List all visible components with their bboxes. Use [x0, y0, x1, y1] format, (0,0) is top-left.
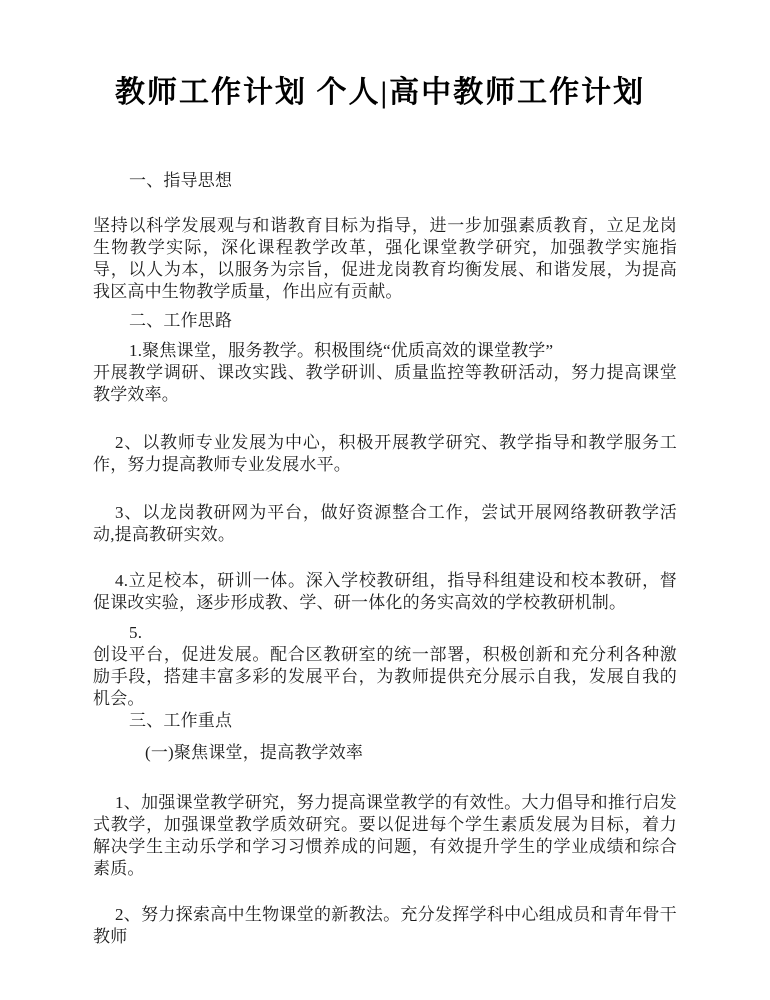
para-approach-item-1: 1.聚焦课堂，服务教学。积极围绕“优质高效的课堂教学” 开展教学调研、课改实践、…	[93, 340, 677, 406]
para-guiding-ideology: 坚持以科学发展观与和谐教育目标为指导，进一步加强素质教育，立足龙岗生物教学实际，…	[93, 215, 677, 303]
para-approach-item-2: 2、以教师专业发展为中心，积极开展教学研究、教学指导和教学服务工作，努力提高教师…	[93, 432, 677, 476]
document-page: 教师工作计划 个人|高中教师工作计划 一、指导思想 坚持以科学发展观与和谐教育目…	[0, 72, 770, 948]
heading-work-approach: 二、工作思路	[93, 310, 677, 332]
heading-guiding-ideology: 一、指导思想	[93, 170, 677, 192]
para-approach-item-4: 4.立足校本，研训一体。深入学校教研组，指导科组建设和校本教研，督促课改实验，逐…	[93, 570, 677, 614]
document-title: 教师工作计划 个人|高中教师工作计划	[115, 72, 677, 114]
para-priority-2: 2、努力探索高中生物课堂的新教法。充分发挥学科中心组成员和青年骨干教师	[93, 904, 677, 948]
heading-work-priorities: 三、工作重点	[93, 710, 677, 732]
subheading-focus-classroom: (一)聚焦课堂，提高教学效率	[93, 742, 677, 764]
para-approach-item-5: 5. 创设平台，促进发展。配合区教研室的统一部署，积极创新和充分利各种激励手段，…	[93, 622, 677, 710]
para-priority-1: 1、加强课堂教学研究，努力提高课堂教学的有效性。大力倡导和推行启发式教学，加强课…	[93, 792, 677, 880]
para-approach-item-3: 3、以龙岗教研网为平台，做好资源整合工作，尝试开展网络教研教学活动,提高教研实效…	[93, 502, 677, 546]
